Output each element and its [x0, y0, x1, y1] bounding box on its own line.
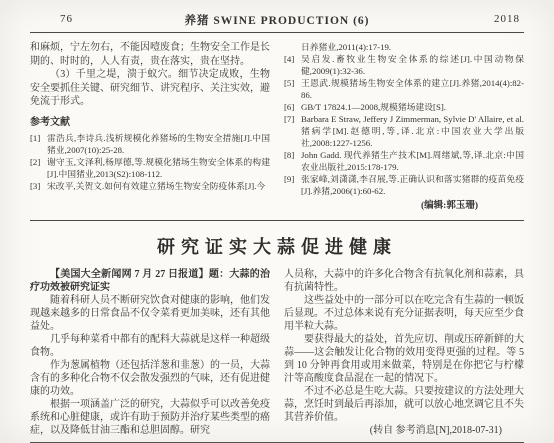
bottom-rule — [30, 442, 524, 443]
reference-item: [4] 吴启发.畜牧业生物安全体系的综述[J].中国动物保健,2009(1):3… — [284, 53, 524, 77]
reference-number: [5] — [284, 77, 301, 101]
reference-item: [8] John Gadd. 现代养猪生产技术[M].周绪斌,等,译.北京:中国… — [284, 149, 524, 173]
reference-item: [1] 雷浩兵,李诗兵.浅析规模化养猪场的生物安全措施[J].中国猪业,2007… — [30, 132, 270, 156]
reference-item: [2] 谢守玉,文泽利,杨厚德,等.规模化猪场生物安全体系的构建[J].中国猪业… — [30, 156, 270, 180]
reference-number: [9] — [284, 173, 301, 197]
article: 研究证实大蒜促进健康 【美国大全新闻网 7 月 27 日报道】题：大蒜的治疗功效… — [30, 233, 524, 437]
reference-text: GB/T 17824.1—2008,规模猪场建设[S]. — [301, 101, 524, 113]
front-right-column: 日养猪业,2011(4):17-19. [4] 吴启发.畜牧业生物安全体系的综述… — [284, 41, 524, 214]
section-divider-rule — [30, 220, 524, 221]
journal-page: 76 养猪 SWINE PRODUCTION (6) 2018 和麻烦，宁左勿右… — [0, 0, 554, 443]
year-label: 2018 — [494, 13, 520, 25]
reference-text: 张家峰,刘潇潇,李召展,等.正确认识和落实猪群的疫苗免疫[J].养猪,2006(… — [301, 173, 524, 197]
reference-item: [9] 张家峰,刘潇潇,李召展,等.正确认识和落实猪群的疫苗免疫[J].养猪,2… — [284, 173, 524, 197]
front-paragraph: 和麻烦，宁左勿右，不能因噎废食；生物安全工作是长期的、时时的，人人有责，贵在落实… — [30, 41, 270, 68]
front-left-column: 和麻烦，宁左勿右，不能因噎废食；生物安全工作是长期的、时时的，人人有责，贵在落实… — [30, 41, 270, 214]
article-paragraph: 人员称，大蒜中的许多化合物含有抗氧化剂和蒜素，具有抗菌特性。 — [284, 268, 524, 294]
front-paragraph: （3）千里之堤，溃于蚁穴。细节决定成败，生物安全要抓住关键、研究细节、讲究程序、… — [30, 68, 270, 109]
article-title: 研究证实大蒜促进健康 — [30, 233, 524, 259]
reference-number: [6] — [284, 101, 301, 113]
reference-continuation: 日养猪业,2011(4):17-19. — [284, 41, 524, 53]
article-right-column: 人员称，大蒜中的许多化合物含有抗氧化剂和蒜素，具有抗菌特性。 这些益处中的一部分… — [284, 268, 524, 437]
reference-number: [3] — [30, 180, 47, 192]
reference-text: John Gadd. 现代养猪生产技术[M].周绪斌,等,译.北京:中国农业出版… — [301, 149, 524, 173]
reference-text: 谢守玉,文泽利,杨厚德,等.规模化猪场生物安全体系的构建[J].中国猪业,201… — [47, 156, 270, 180]
article-lead-paragraph: 【美国大全新闻网 7 月 27 日报道】题：大蒜的治疗功效被研究证实 — [30, 268, 270, 294]
front-section: 和麻烦，宁左勿右，不能因噎废食；生物安全工作是长期的、时时的，人人有责，贵在落实… — [30, 33, 524, 214]
references-list-left: [1] 雷浩兵,李诗兵.浅析规模化养猪场的生物安全措施[J].中国猪业,2007… — [30, 132, 270, 192]
reference-number: [2] — [30, 156, 47, 180]
reference-item: [6] GB/T 17824.1—2008,规模猪场建设[S]. — [284, 101, 524, 113]
reference-text: 雷浩兵,李诗兵.浅析规模化养猪场的生物安全措施[J].中国猪业,2007(10)… — [47, 132, 270, 156]
reference-text: 王恩武.规模猪场生物安全体系的建立[J].养猪,2014(4):82-86. — [301, 77, 524, 101]
reference-number: [4] — [284, 53, 301, 77]
reference-text: 吴启发.畜牧业生物安全体系的综述[J].中国动物保健,2009(1):32-36… — [301, 53, 524, 77]
article-left-column: 【美国大全新闻网 7 月 27 日报道】题：大蒜的治疗功效被研究证实 随着科研人… — [30, 268, 270, 437]
reference-text: Barbara E Straw, Jeffery J Zimmerman, Sy… — [301, 113, 524, 149]
reference-item: [5] 王恩武.规模猪场生物安全体系的建立[J].养猪,2014(4):82-8… — [284, 77, 524, 101]
article-paragraph: 作为葱属植物（还包括洋葱和韭葱）的一员，大蒜含有的多种化合物不仅会散发强烈的气味… — [30, 359, 270, 398]
editor-credit: (编辑:郭玉珊) — [284, 200, 524, 214]
journal-title: 养猪 SWINE PRODUCTION (6) — [30, 12, 524, 28]
reference-item: [3] 宋改平,关贺文.如何有效建立猪场生物安全防疫体系[J].今 — [30, 180, 270, 192]
running-head: 76 养猪 SWINE PRODUCTION (6) 2018 — [30, 12, 524, 29]
reference-item: [7] Barbara E Straw, Jeffery J Zimmerman… — [284, 113, 524, 149]
article-paragraph: 根据一项涵盖广泛的研究，大蒜似乎可以改善免疫系统和心脏健康，或许有助于预防并治疗… — [30, 398, 270, 437]
article-paragraph: 随着科研人员不断研究饮食对健康的影响，他们发现越来越多的日常食品不仅令菜肴更加美… — [30, 294, 270, 333]
reference-number: [1] — [30, 132, 47, 156]
article-paragraph: 不过不必总是生吃大蒜。只要按建议的方法处理大蒜，烹饪时到最后再添加，就可以放心地… — [284, 385, 524, 424]
reference-number: [7] — [284, 113, 301, 149]
article-paragraph: 这些益处中的一部分可以在吃完含有生蒜的一顿饭后显现。不过总体来说有充分证据表明，… — [284, 294, 524, 333]
article-attribution: (转自 参考消息[N],2018-07-31) — [284, 424, 524, 437]
references-list-right: [4] 吴启发.畜牧业生物安全体系的综述[J].中国动物保健,2009(1):3… — [284, 53, 524, 197]
article-body: 【美国大全新闻网 7 月 27 日报道】题：大蒜的治疗功效被研究证实 随着科研人… — [30, 268, 524, 437]
article-paragraph: 要获得最大的益处，首先应切、削或压碎新鲜的大蒜——这会触发让化合物的效用变得更强… — [284, 333, 524, 385]
reference-number: [8] — [284, 149, 301, 173]
article-paragraph: 几乎每种菜肴中都有的配料大蒜就是这样一种超级食物。 — [30, 333, 270, 359]
reference-text: 宋改平,关贺文.如何有效建立猪场生物安全防疫体系[J].今 — [47, 180, 270, 192]
references-heading: 参考文献 — [30, 116, 270, 130]
